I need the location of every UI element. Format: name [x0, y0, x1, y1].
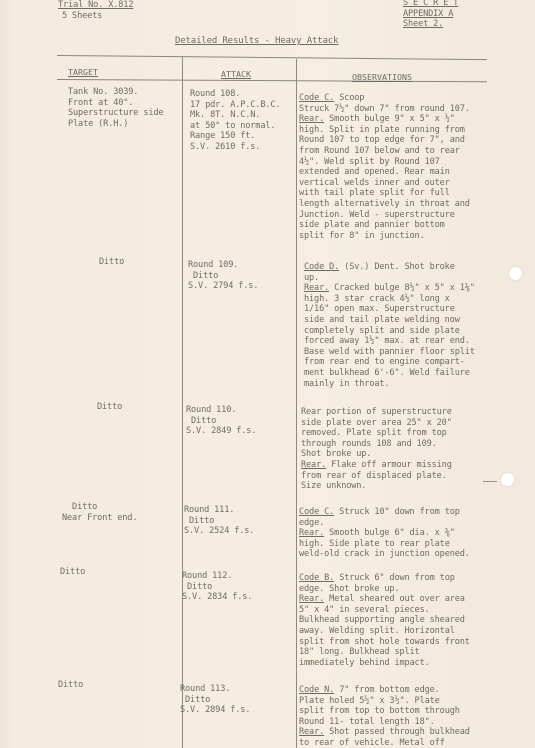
obs-rear-label: Rear.: [299, 727, 324, 737]
appendix-label: APPENDIX A: [403, 9, 453, 19]
header-bottom-rule: [57, 79, 487, 82]
classification: S E C R E T: [403, 0, 458, 8]
table-row-attack: Round 109. Ditto S.V. 2794 f.s.: [188, 260, 258, 292]
obs-text: Cracked bulge 8½" x 5" x 1⅛" high. 3 sta…: [304, 283, 475, 388]
column-header-attack: ATTACK: [221, 69, 251, 79]
column-divider-2: [296, 59, 297, 748]
table-row-observations: Rear portion of superstructure side plat…: [301, 407, 452, 492]
obs-code: Code C.: [299, 93, 334, 103]
obs-rear-label: Rear.: [304, 283, 329, 293]
sheet-label: Sheet 2.: [403, 19, 443, 29]
obs-text: Metal sheared out over area 5" x 4" in s…: [299, 594, 470, 668]
obs-rear-label: Rear.: [299, 528, 324, 538]
punch-hole: [501, 473, 514, 486]
punch-hole: [509, 267, 522, 280]
column-header-target: TARGET: [68, 67, 98, 77]
table-row-observations: Code N. 7" from bottom edge. Plate holed…: [299, 685, 470, 748]
obs-text: Smooth bulge 9" x 5" x ½" high. Split in…: [299, 114, 470, 241]
table-row-attack: Round 113. Ditto S.V. 2894 f.s.: [180, 684, 250, 716]
obs-code: Code N.: [299, 685, 334, 695]
obs-code: Code B.: [299, 573, 334, 583]
table-row-attack: Round 108. 17 pdr. A.P.C.B.C. Mk. 8T. N.…: [190, 89, 280, 153]
table-row-attack: Round 111. Ditto S.V. 2524 f.s.: [184, 505, 254, 537]
sheet-count: 5 Sheets: [58, 11, 102, 21]
document-page: Trial No. X.812 5 Sheets S E C R E T APP…: [0, 0, 535, 748]
obs-rear-label: Rear.: [301, 460, 326, 470]
trial-header: Trial No. X.812 5 Sheets: [58, 0, 133, 21]
obs-code: Code D.: [304, 262, 339, 272]
obs-code: Code C.: [299, 507, 334, 517]
obs-text: Smooth bulge 6" dia. x ⅜" high. Side pla…: [299, 528, 470, 559]
column-divider-1: [182, 57, 183, 748]
table-row-target: Ditto: [58, 680, 83, 691]
obs-rear-label: Rear.: [299, 594, 324, 604]
column-header-observations: OBSERVATIONS: [352, 72, 412, 82]
table-row-observations: Code C. Struck 10" down from top edge. R…: [299, 507, 470, 560]
classification-block: S E C R E T APPENDIX A Sheet 2.: [403, 0, 458, 30]
table-row-attack: Round 112. Ditto S.V. 2834 f.s.: [182, 571, 252, 603]
trial-number: Trial No. X.812: [58, 0, 133, 10]
table-row-target: Tank No. 3039. Front at 40°. Superstruct…: [68, 87, 163, 129]
table-row-target: Ditto: [99, 257, 124, 268]
table-row-target: Ditto Near Front end.: [62, 502, 137, 523]
obs-text: Rear portion of superstructure side plat…: [301, 407, 452, 459]
table-top-rule: [57, 55, 487, 60]
obs-rear-label: Rear.: [299, 114, 324, 124]
table-row-attack: Round 110. Ditto S.V. 2849 f.s.: [186, 405, 256, 437]
page-title: Detailed Results - Heavy Attack: [175, 36, 338, 47]
table-row-observations: Code C. Scoop Struck 7½" down 7" from ro…: [299, 93, 470, 241]
table-row-observations: Code D. (Sv.) Dent. Shot broke up. Rear.…: [304, 262, 475, 389]
obs-text: Shot passed through bulkhead to rear of …: [299, 727, 470, 748]
table-row-target: Ditto: [97, 402, 122, 413]
table-row-observations: Code B. Struck 6" down from top edge. Sh…: [299, 573, 470, 668]
margin-mark: [483, 481, 497, 482]
table-row-target: Ditto: [60, 567, 85, 578]
